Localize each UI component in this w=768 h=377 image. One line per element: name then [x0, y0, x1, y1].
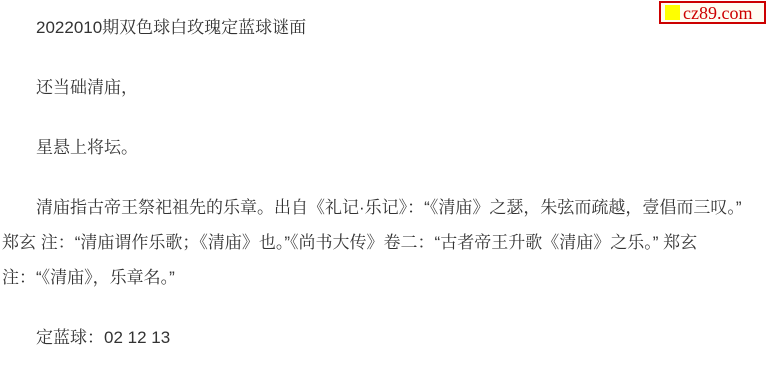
article-title: 2022010期双色球白玫瑰定蓝球谜面	[2, 10, 746, 45]
blue-ball-prediction: 定蓝球：02 12 13	[2, 320, 746, 355]
riddle-explanation: 清庙指古帝王祭祀祖先的乐章。出自《礼记·乐记》：“《清庙》之瑟，朱弦而疏越，壹倡…	[2, 190, 746, 295]
page: { "page": { "background": "#ffffff", "te…	[0, 0, 768, 377]
riddle-line-1: 还当础清庙，	[2, 70, 746, 105]
riddle-line-2: 星悬上将坛。	[2, 130, 746, 165]
article-body: 2022010期双色球白玫瑰定蓝球谜面 还当础清庙， 星悬上将坛。 清庙指古帝王…	[2, 10, 746, 377]
